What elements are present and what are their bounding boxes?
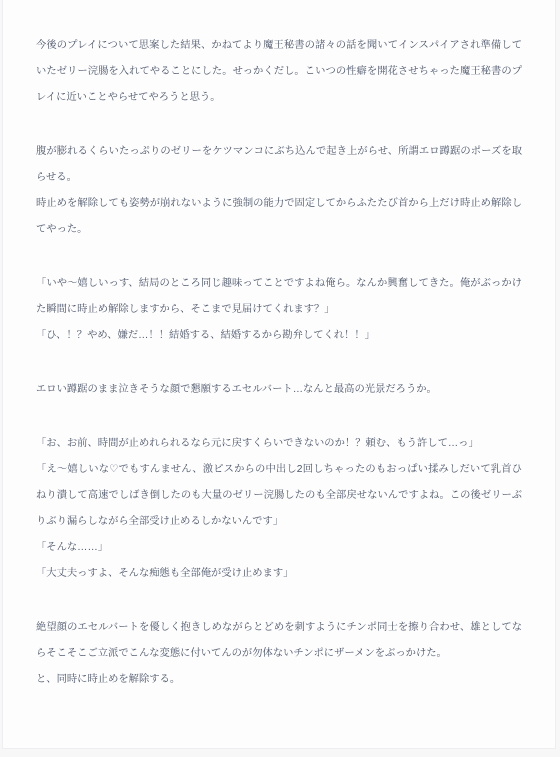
- text-block: 「お、お前、時間が止めれられるなら元に戻すくらいできないのか！？頼む、もう許して…: [36, 431, 522, 587]
- text-block: 絶望顔のエセルバートを優しく抱きしめながらとどめを刺すようにチンポ同士を擦り合わ…: [36, 615, 522, 693]
- novel-paragraph: 時止めを解除しても姿勢が崩れないように強制の能力で固定してからふたたび首から上だ…: [36, 191, 522, 243]
- novel-paragraph: エロい蹲踞のまま泣きそうな顔で懇願するエセルバート…なんと最高の光景だろうか。: [36, 377, 522, 403]
- novel-paragraph: と、同時に時止めを解除する。: [36, 667, 522, 693]
- novel-paragraph-dialogue: 「そんな……」: [36, 535, 522, 561]
- novel-paragraph: 絶望顔のエセルバートを優しく抱きしめながらとどめを刺すようにチンポ同士を擦り合わ…: [36, 615, 522, 667]
- novel-paragraph-dialogue: 「ひ、！？やめ、嫌だ…！！結婚する、結婚するから勘弁してくれ！！」: [36, 323, 522, 349]
- text-block: エロい蹲踞のまま泣きそうな顔で懇願するエセルバート…なんと最高の光景だろうか。: [36, 377, 522, 403]
- novel-paragraph-dialogue: 「大丈夫っすよ、そんな痴態も全部俺が受け止めます」: [36, 561, 522, 587]
- novel-page-card: 今後のプレイについて思案した結果、かねてより魔王秘書の諸々の話を聞いてインスパイ…: [2, 0, 556, 749]
- novel-paragraph: 腹が膨れるくらいたっぷりのゼリーをケツマンコにぶち込んで起き上がらせ、所謂エロ蹲…: [36, 139, 522, 191]
- text-block: 今後のプレイについて思案した結果、かねてより魔王秘書の諸々の話を聞いてインスパイ…: [36, 33, 522, 111]
- text-block: 腹が膨れるくらいたっぷりのゼリーをケツマンコにぶち込んで起き上がらせ、所謂エロ蹲…: [36, 139, 522, 243]
- novel-paragraph-dialogue: 「いや〜嬉しいっす、結局のところ同じ趣味ってことですよね俺ら。なんか興奮してきた…: [36, 271, 522, 323]
- novel-paragraph: 今後のプレイについて思案した結果、かねてより魔王秘書の諸々の話を聞いてインスパイ…: [36, 33, 522, 111]
- text-block: 「いや〜嬉しいっす、結局のところ同じ趣味ってことですよね俺ら。なんか興奮してきた…: [36, 271, 522, 349]
- novel-text-body: 今後のプレイについて思案した結果、かねてより魔王秘書の諸々の話を聞いてインスパイ…: [3, 0, 555, 693]
- novel-paragraph-dialogue: 「お、お前、時間が止めれられるなら元に戻すくらいできないのか！？頼む、もう許して…: [36, 431, 522, 457]
- novel-reader-page: { "page": { "background_color": "#f7f7f8…: [0, 0, 560, 757]
- novel-paragraph-dialogue: 「え〜嬉しいな♡でもすんません、激ピスからの中出し2回しちゃったのもおっぱい揉み…: [36, 457, 522, 535]
